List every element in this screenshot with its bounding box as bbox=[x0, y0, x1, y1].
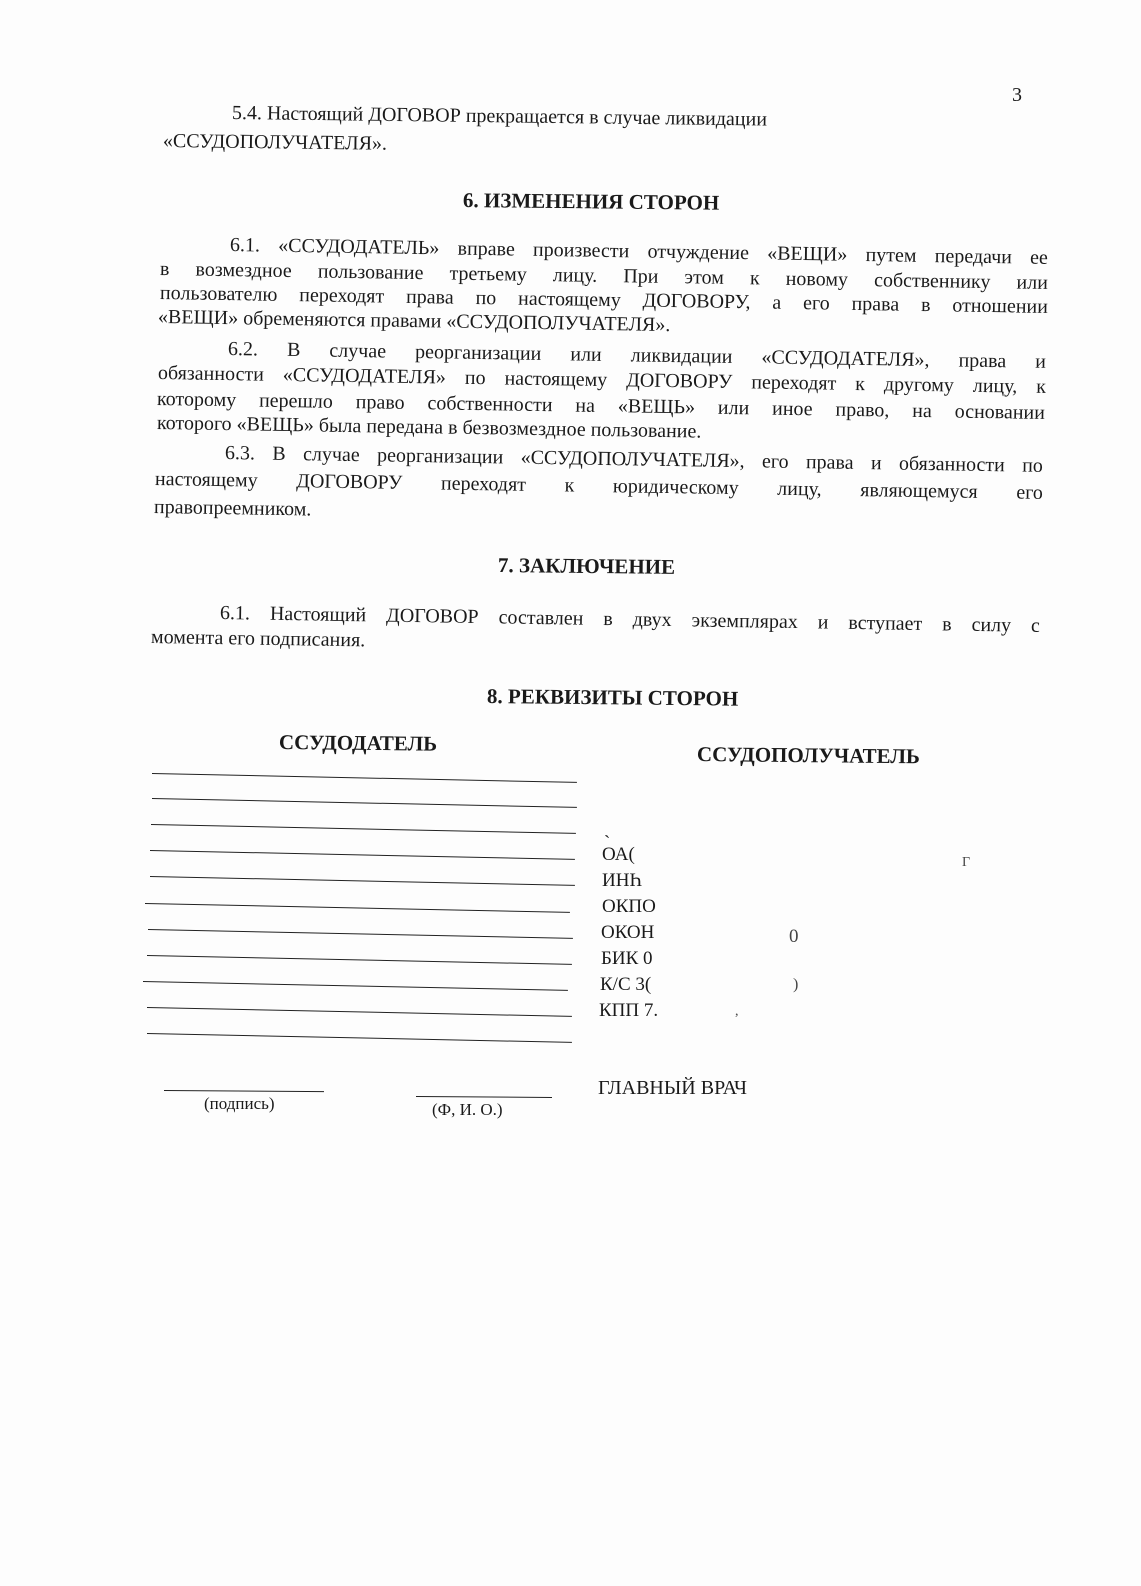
clause-5-4-line-1: 5.4. Настоящий ДОГОВОР прекращается в сл… bbox=[232, 102, 767, 132]
blank-line bbox=[152, 773, 577, 783]
blank-line bbox=[148, 929, 573, 939]
blank-line bbox=[143, 981, 568, 991]
blank-line bbox=[151, 824, 576, 834]
section-7-title: 7. ЗАКЛЮЧЕНИЕ bbox=[498, 553, 675, 580]
section-6-title: 6. ИЗМЕНЕНИЯ СТОРОН bbox=[463, 188, 720, 216]
clause-6-3-line: правопреемником. bbox=[154, 496, 312, 521]
name-line bbox=[416, 1096, 552, 1098]
section-8-title: 8. РЕКВИЗИТЫ СТОРОН bbox=[487, 684, 739, 712]
borrower-fragment: , bbox=[735, 1004, 739, 1020]
borrower-kpp: КПП 7. bbox=[599, 1000, 658, 1022]
borrower-fragment: 0 bbox=[789, 926, 799, 948]
name-caption: (Ф, И. О.) bbox=[432, 1100, 503, 1120]
blank-line bbox=[152, 798, 577, 808]
blank-line bbox=[147, 1033, 572, 1043]
borrower-bik: БИК 0 bbox=[601, 948, 653, 970]
borrower-okpo: ОКПО bbox=[602, 896, 656, 918]
signature-line bbox=[164, 1090, 324, 1092]
blank-line bbox=[147, 955, 572, 965]
clause-7-line: момента его подписания. bbox=[151, 626, 366, 652]
blank-line bbox=[145, 903, 570, 913]
borrower-fragment: Г bbox=[962, 855, 970, 871]
blank-line bbox=[150, 850, 575, 860]
blank-line bbox=[150, 876, 575, 886]
chief-doctor-title: ГЛАВНЫЙ ВРАЧ bbox=[598, 1077, 747, 1100]
page-number: 3 bbox=[1012, 84, 1022, 107]
clause-5-4-line-2: «ССУДОПОЛУЧАТЕЛЯ». bbox=[163, 130, 387, 156]
lender-heading: ССУДОДАТЕЛЬ bbox=[279, 730, 437, 757]
signature-caption: (подпись) bbox=[204, 1094, 275, 1114]
borrower-ks: К/С 3( bbox=[600, 974, 651, 996]
blank-line bbox=[147, 1007, 572, 1017]
borrower-inn: ИНҺ bbox=[602, 870, 642, 892]
borrower-org-name: ОА( bbox=[602, 844, 635, 866]
borrower-okonh: ОКОН bbox=[601, 922, 654, 944]
borrower-fragment: ) bbox=[793, 976, 798, 994]
borrower-heading: ССУДОПОЛУЧАТЕЛЬ bbox=[697, 742, 920, 769]
borrower-detail-fragment: ˎ bbox=[604, 818, 610, 840]
